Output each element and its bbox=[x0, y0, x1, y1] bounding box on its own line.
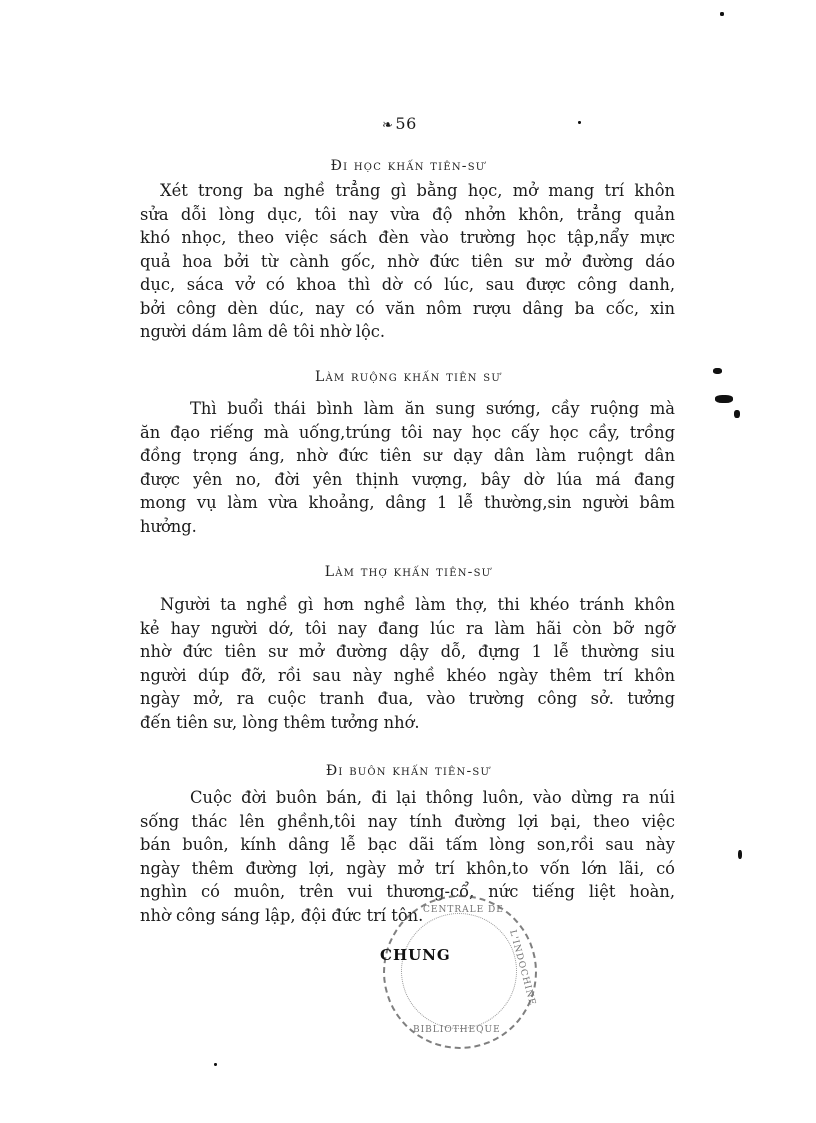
text-line: ngày mở, ra cuộc tranh đua, vào trường c… bbox=[140, 687, 675, 711]
section-body-lam-ruong: Thì buổi thái bình làm ăn sung sướng, cầ… bbox=[140, 397, 675, 538]
text-line: kẻ hay người dớ, tôi nay đang lúc ra làm… bbox=[140, 617, 675, 641]
ornament-icon: ❧ bbox=[382, 118, 393, 133]
stamp-inner-ring bbox=[401, 913, 517, 1029]
text-line: bởi công dèn dúc, nay có văn nôm rượu dâ… bbox=[140, 297, 675, 321]
scan-speck bbox=[738, 850, 742, 859]
document-page: ❧56 Đi học khấn tiên-sư Xét trong ba ngh… bbox=[0, 0, 816, 1123]
text-line: dục, sáca vở có khoa thì dờ có lúc, sau … bbox=[140, 273, 675, 297]
section-body-di-buon: Cuộc đời buôn bán, đi lại thông luôn, và… bbox=[140, 786, 675, 927]
text-line: ăn đạo riếng mà uống,trúng tôi nay học c… bbox=[140, 421, 675, 445]
text-line: Thì buổi thái bình làm ăn sung sướng, cầ… bbox=[140, 397, 675, 421]
text-line: bán buôn, kính dâng lễ bạc dãi tấm lòng … bbox=[140, 833, 675, 857]
page-number: ❧56 bbox=[382, 114, 417, 133]
library-stamp: CENTRALE DE L'INDOCHINE BIBLIOTHEQUE bbox=[383, 895, 537, 1049]
text-line: đến tiên sư, lòng thêm tưởng nhớ. bbox=[140, 711, 675, 735]
text-line: ngày thêm đường lợi, ngày mở trí khôn,to… bbox=[140, 857, 675, 881]
text-line: khó nhọc, theo việc sách đèn vào trường … bbox=[140, 226, 675, 250]
scan-speck bbox=[720, 12, 724, 16]
text-line: mong vụ làm vừa khoảng, dâng 1 lễ thường… bbox=[140, 491, 675, 515]
section-body-lam-tho: Người ta nghề gì hơn nghề làm thợ, thi k… bbox=[140, 593, 675, 734]
text-line: người dúp đỡ, rồi sau này nghề khéo ngày… bbox=[140, 664, 675, 688]
scan-speck bbox=[734, 410, 740, 418]
scan-speck bbox=[214, 1063, 217, 1066]
text-line: đồng trọng áng, nhờ đức tiên sư dạy dân … bbox=[140, 444, 675, 468]
text-line: nhờ đức tiên sư mở đường dậy dỗ, đựng 1 … bbox=[140, 640, 675, 664]
text-line: Người ta nghề gì hơn nghề làm thợ, thi k… bbox=[140, 593, 675, 617]
section-heading-lam-tho: Làm thợ khấn tiên-sư bbox=[0, 564, 816, 580]
section-heading-di-buon: Đi buôn khấn tiên-sư bbox=[0, 763, 816, 779]
stamp-text-bottom: BIBLIOTHEQUE bbox=[413, 1025, 501, 1035]
text-line: người dám lâm dê tôi nhờ lộc. bbox=[140, 320, 675, 344]
stamp-text-top: CENTRALE DE bbox=[423, 905, 504, 915]
text-line: Cuộc đời buôn bán, đi lại thông luôn, và… bbox=[140, 786, 675, 810]
text-line: Xét trong ba nghề trẳng gì bằng học, mở … bbox=[140, 179, 675, 203]
scan-speck bbox=[715, 395, 733, 403]
scan-speck bbox=[713, 368, 722, 374]
text-line: sửa dỗi lòng dục, tôi nay vừa độ nhởn kh… bbox=[140, 203, 675, 227]
text-line: sống thác lên ghềnh,tôi nay tính đường l… bbox=[140, 810, 675, 834]
scan-speck bbox=[578, 121, 581, 124]
signature: CHUNG bbox=[380, 946, 451, 964]
text-line: quả hoa bởi từ cành gốc, nhờ đức tiên sư… bbox=[140, 250, 675, 274]
text-line: nghìn có muôn, trên vui thương-cổ, nức t… bbox=[140, 880, 675, 904]
text-line: hưởng. bbox=[140, 515, 675, 539]
section-body-di-hoc: Xét trong ba nghề trẳng gì bằng học, mở … bbox=[140, 179, 675, 344]
section-heading-lam-ruong: Làm ruộng khấn tiên sư bbox=[0, 369, 816, 385]
text-line: được yên no, đời yên thịnh vượng, bây dờ… bbox=[140, 468, 675, 492]
section-heading-di-hoc: Đi học khấn tiên-sư bbox=[0, 158, 816, 174]
